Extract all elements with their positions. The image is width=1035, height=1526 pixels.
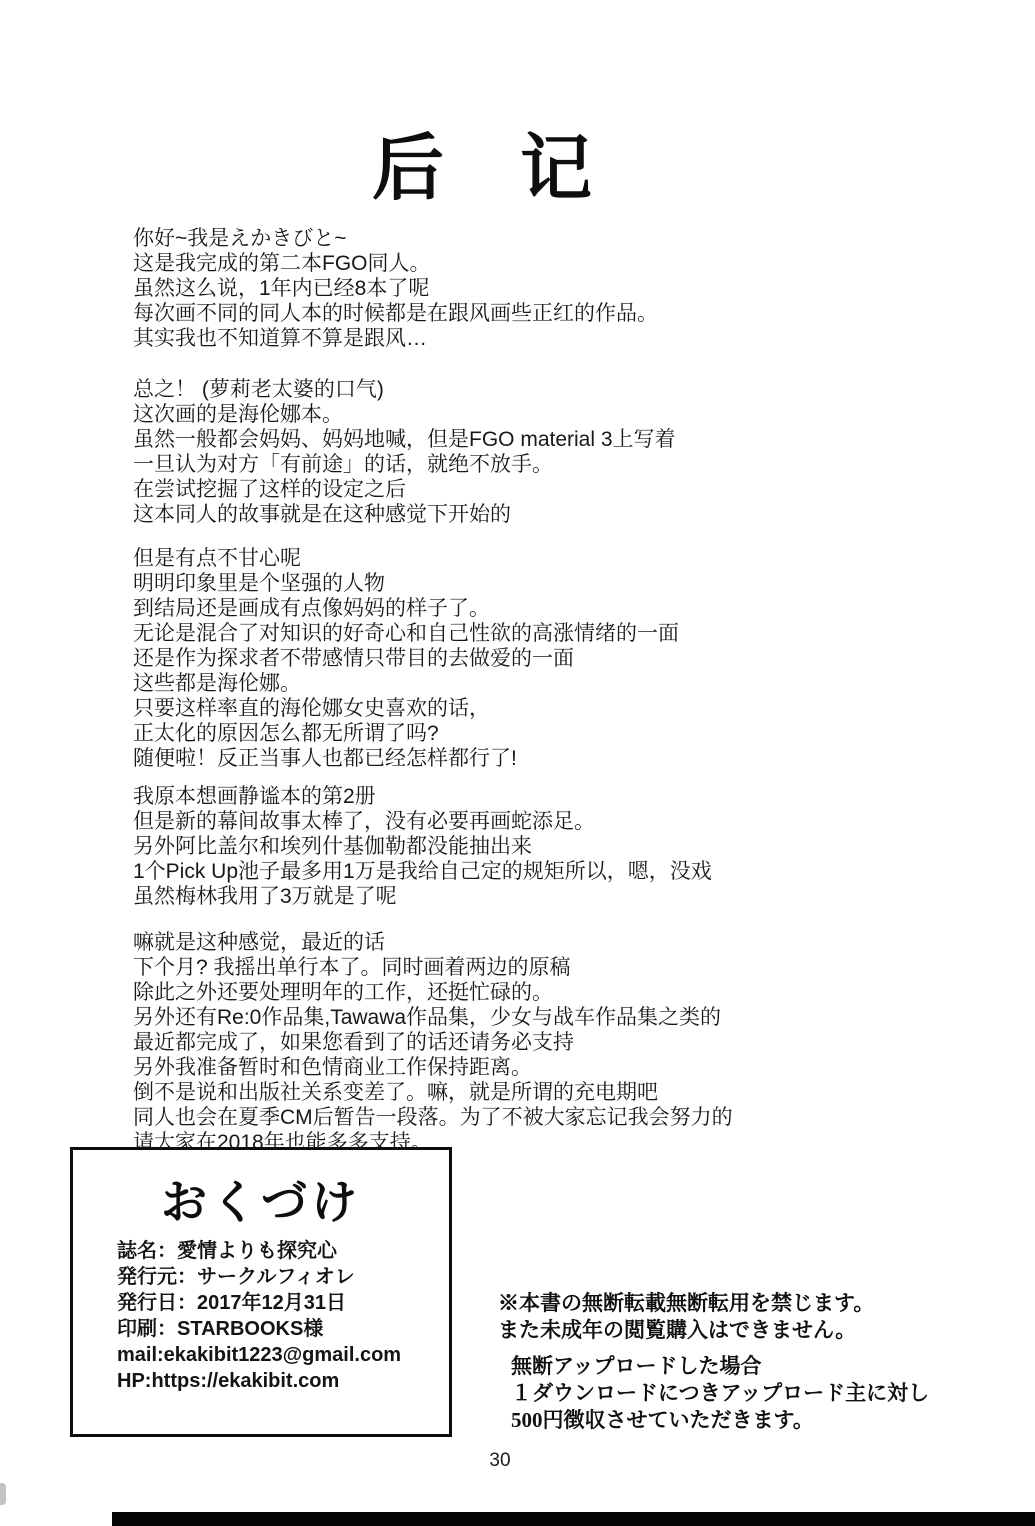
notice-line: １ダウンロードにつきアップロード主に対し bbox=[511, 1380, 929, 1407]
afterword-line: 无论是混合了对知识的好奇心和自己性欲的高涨情绪的一面 bbox=[133, 621, 913, 646]
afterword-paragraph: 总之！ (萝莉老太婆的口气)这次画的是海伦娜本。虽然一般都会妈妈、妈妈地喊，但是… bbox=[133, 377, 913, 527]
afterword-paragraph: 你好~我是えかきびと~这是我完成的第二本FGO同人。虽然这么说，1年内已经8本了… bbox=[133, 226, 913, 351]
colophon-title: おくづけ bbox=[73, 1166, 449, 1232]
colophon-line: 発行日：2017年12月31日 bbox=[117, 1290, 401, 1316]
afterword-line: 下个月? 我摇出单行本了。同时画着两边的原稿 bbox=[133, 955, 913, 980]
page-number: 30 bbox=[0, 1450, 1000, 1472]
afterword-line: 这是我完成的第二本FGO同人。 bbox=[133, 251, 913, 276]
afterword-line: 1个Pick Up池子最多用1万是我给自己定的规矩所以，嗯，没戏 bbox=[133, 859, 913, 884]
colophon-line: 発行元：サークルフィオレ bbox=[117, 1264, 401, 1290]
afterword-page: 后 记 你好~我是えかきびと~这是我完成的第二本FGO同人。虽然这么说，1年内已… bbox=[0, 0, 1035, 1526]
afterword-line: 其实我也不知道算不算是跟风… bbox=[133, 326, 913, 351]
colophon-details: 誌名：愛情よりも探究心発行元：サークルフィオレ発行日：2017年12月31日印刷… bbox=[117, 1238, 401, 1394]
afterword-line: 最近都完成了，如果您看到了的话还请务必支持 bbox=[133, 1030, 913, 1055]
afterword-line: 这本同人的故事就是在这种感觉下开始的 bbox=[133, 502, 913, 527]
scan-smudge-artifact bbox=[0, 1483, 6, 1505]
colophon-box: おくづけ 誌名：愛情よりも探究心発行元：サークルフィオレ発行日：2017年12月… bbox=[70, 1147, 452, 1437]
afterword-line: 另外我准备暂时和色情商业工作保持距离。 bbox=[133, 1055, 913, 1080]
afterword-line: 正太化的原因怎么都无所谓了吗? bbox=[133, 721, 913, 746]
page-title: 后 记 bbox=[372, 132, 594, 208]
afterword-line: 除此之外还要处理明年的工作，还挺忙碌的。 bbox=[133, 980, 913, 1005]
afterword-line: 另外阿比盖尔和埃列什基伽勒都没能抽出来 bbox=[133, 834, 913, 859]
upload-penalty-notice: 無断アップロードした場合１ダウンロードにつきアップロード主に対し500円徴収させ… bbox=[511, 1353, 929, 1434]
notice-line: ※本書の無断転載無断転用を禁じます。 bbox=[498, 1290, 874, 1317]
afterword-line: 嘛就是这种感觉，最近的话 bbox=[133, 930, 913, 955]
afterword-line: 但是新的幕间故事太棒了，没有必要再画蛇添足。 bbox=[133, 809, 913, 834]
afterword-line: 但是有点不甘心呢 bbox=[133, 546, 913, 571]
afterword-line: 这次画的是海伦娜本。 bbox=[133, 402, 913, 427]
afterword-line: 到结局还是画成有点像妈妈的样子了。 bbox=[133, 596, 913, 621]
colophon-line: HP:https://ekakibit.com bbox=[117, 1368, 401, 1394]
afterword-line: 随便啦！反正当事人也都已经怎样都行了! bbox=[133, 746, 913, 771]
afterword-line: 倒不是说和出版社关系变差了。嘛，就是所谓的充电期吧 bbox=[133, 1080, 913, 1105]
afterword-line: 在尝试挖掘了这样的设定之后 bbox=[133, 477, 913, 502]
notice-line: 500円徴収させていただきます。 bbox=[511, 1407, 929, 1434]
notice-line: 無断アップロードした場合 bbox=[511, 1353, 929, 1380]
afterword-paragraph: 我原本想画静谧本的第2册但是新的幕间故事太棒了，没有必要再画蛇添足。另外阿比盖尔… bbox=[133, 784, 913, 909]
colophon-line: 誌名：愛情よりも探究心 bbox=[117, 1238, 401, 1264]
afterword-line: 另外还有Re:0作品集,Tawawa作品集，少女与战车作品集之类的 bbox=[133, 1005, 913, 1030]
scan-edge-bar-artifact bbox=[112, 1512, 1035, 1526]
afterword-line: 一旦认为对方「有前途」的话，就绝不放手。 bbox=[133, 452, 913, 477]
afterword-paragraph: 嘛就是这种感觉，最近的话下个月? 我摇出单行本了。同时画着两边的原稿除此之外还要… bbox=[133, 930, 913, 1155]
afterword-line: 明明印象里是个坚强的人物 bbox=[133, 571, 913, 596]
afterword-line: 还是作为探求者不带感情只带目的去做爱的一面 bbox=[133, 646, 913, 671]
colophon-line: 印刷：STARBOOKS様 bbox=[117, 1316, 401, 1342]
afterword-line: 总之！ (萝莉老太婆的口气) bbox=[133, 377, 913, 402]
copyright-notice: ※本書の無断転載無断転用を禁じます。また未成年の閲覧購入はできません。 bbox=[498, 1290, 874, 1344]
afterword-paragraph: 但是有点不甘心呢明明印象里是个坚强的人物到结局还是画成有点像妈妈的样子了。无论是… bbox=[133, 546, 913, 771]
afterword-line: 虽然梅林我用了3万就是了呢 bbox=[133, 884, 913, 909]
afterword-line: 虽然一般都会妈妈、妈妈地喊，但是FGO material 3上写着 bbox=[133, 427, 913, 452]
afterword-line: 我原本想画静谧本的第2册 bbox=[133, 784, 913, 809]
colophon-line: mail:ekakibit1223@gmail.com bbox=[117, 1342, 401, 1368]
notice-line: また未成年の閲覧購入はできません。 bbox=[498, 1317, 874, 1344]
afterword-line: 这些都是海伦娜。 bbox=[133, 671, 913, 696]
afterword-line: 只要这样率直的海伦娜女史喜欢的话， bbox=[133, 696, 913, 721]
afterword-line: 你好~我是えかきびと~ bbox=[133, 226, 913, 251]
afterword-line: 每次画不同的同人本的时候都是在跟风画些正红的作品。 bbox=[133, 301, 913, 326]
afterword-line: 虽然这么说，1年内已经8本了呢 bbox=[133, 276, 913, 301]
afterword-line: 同人也会在夏季CM后暂告一段落。为了不被大家忘记我会努力的 bbox=[133, 1105, 913, 1130]
